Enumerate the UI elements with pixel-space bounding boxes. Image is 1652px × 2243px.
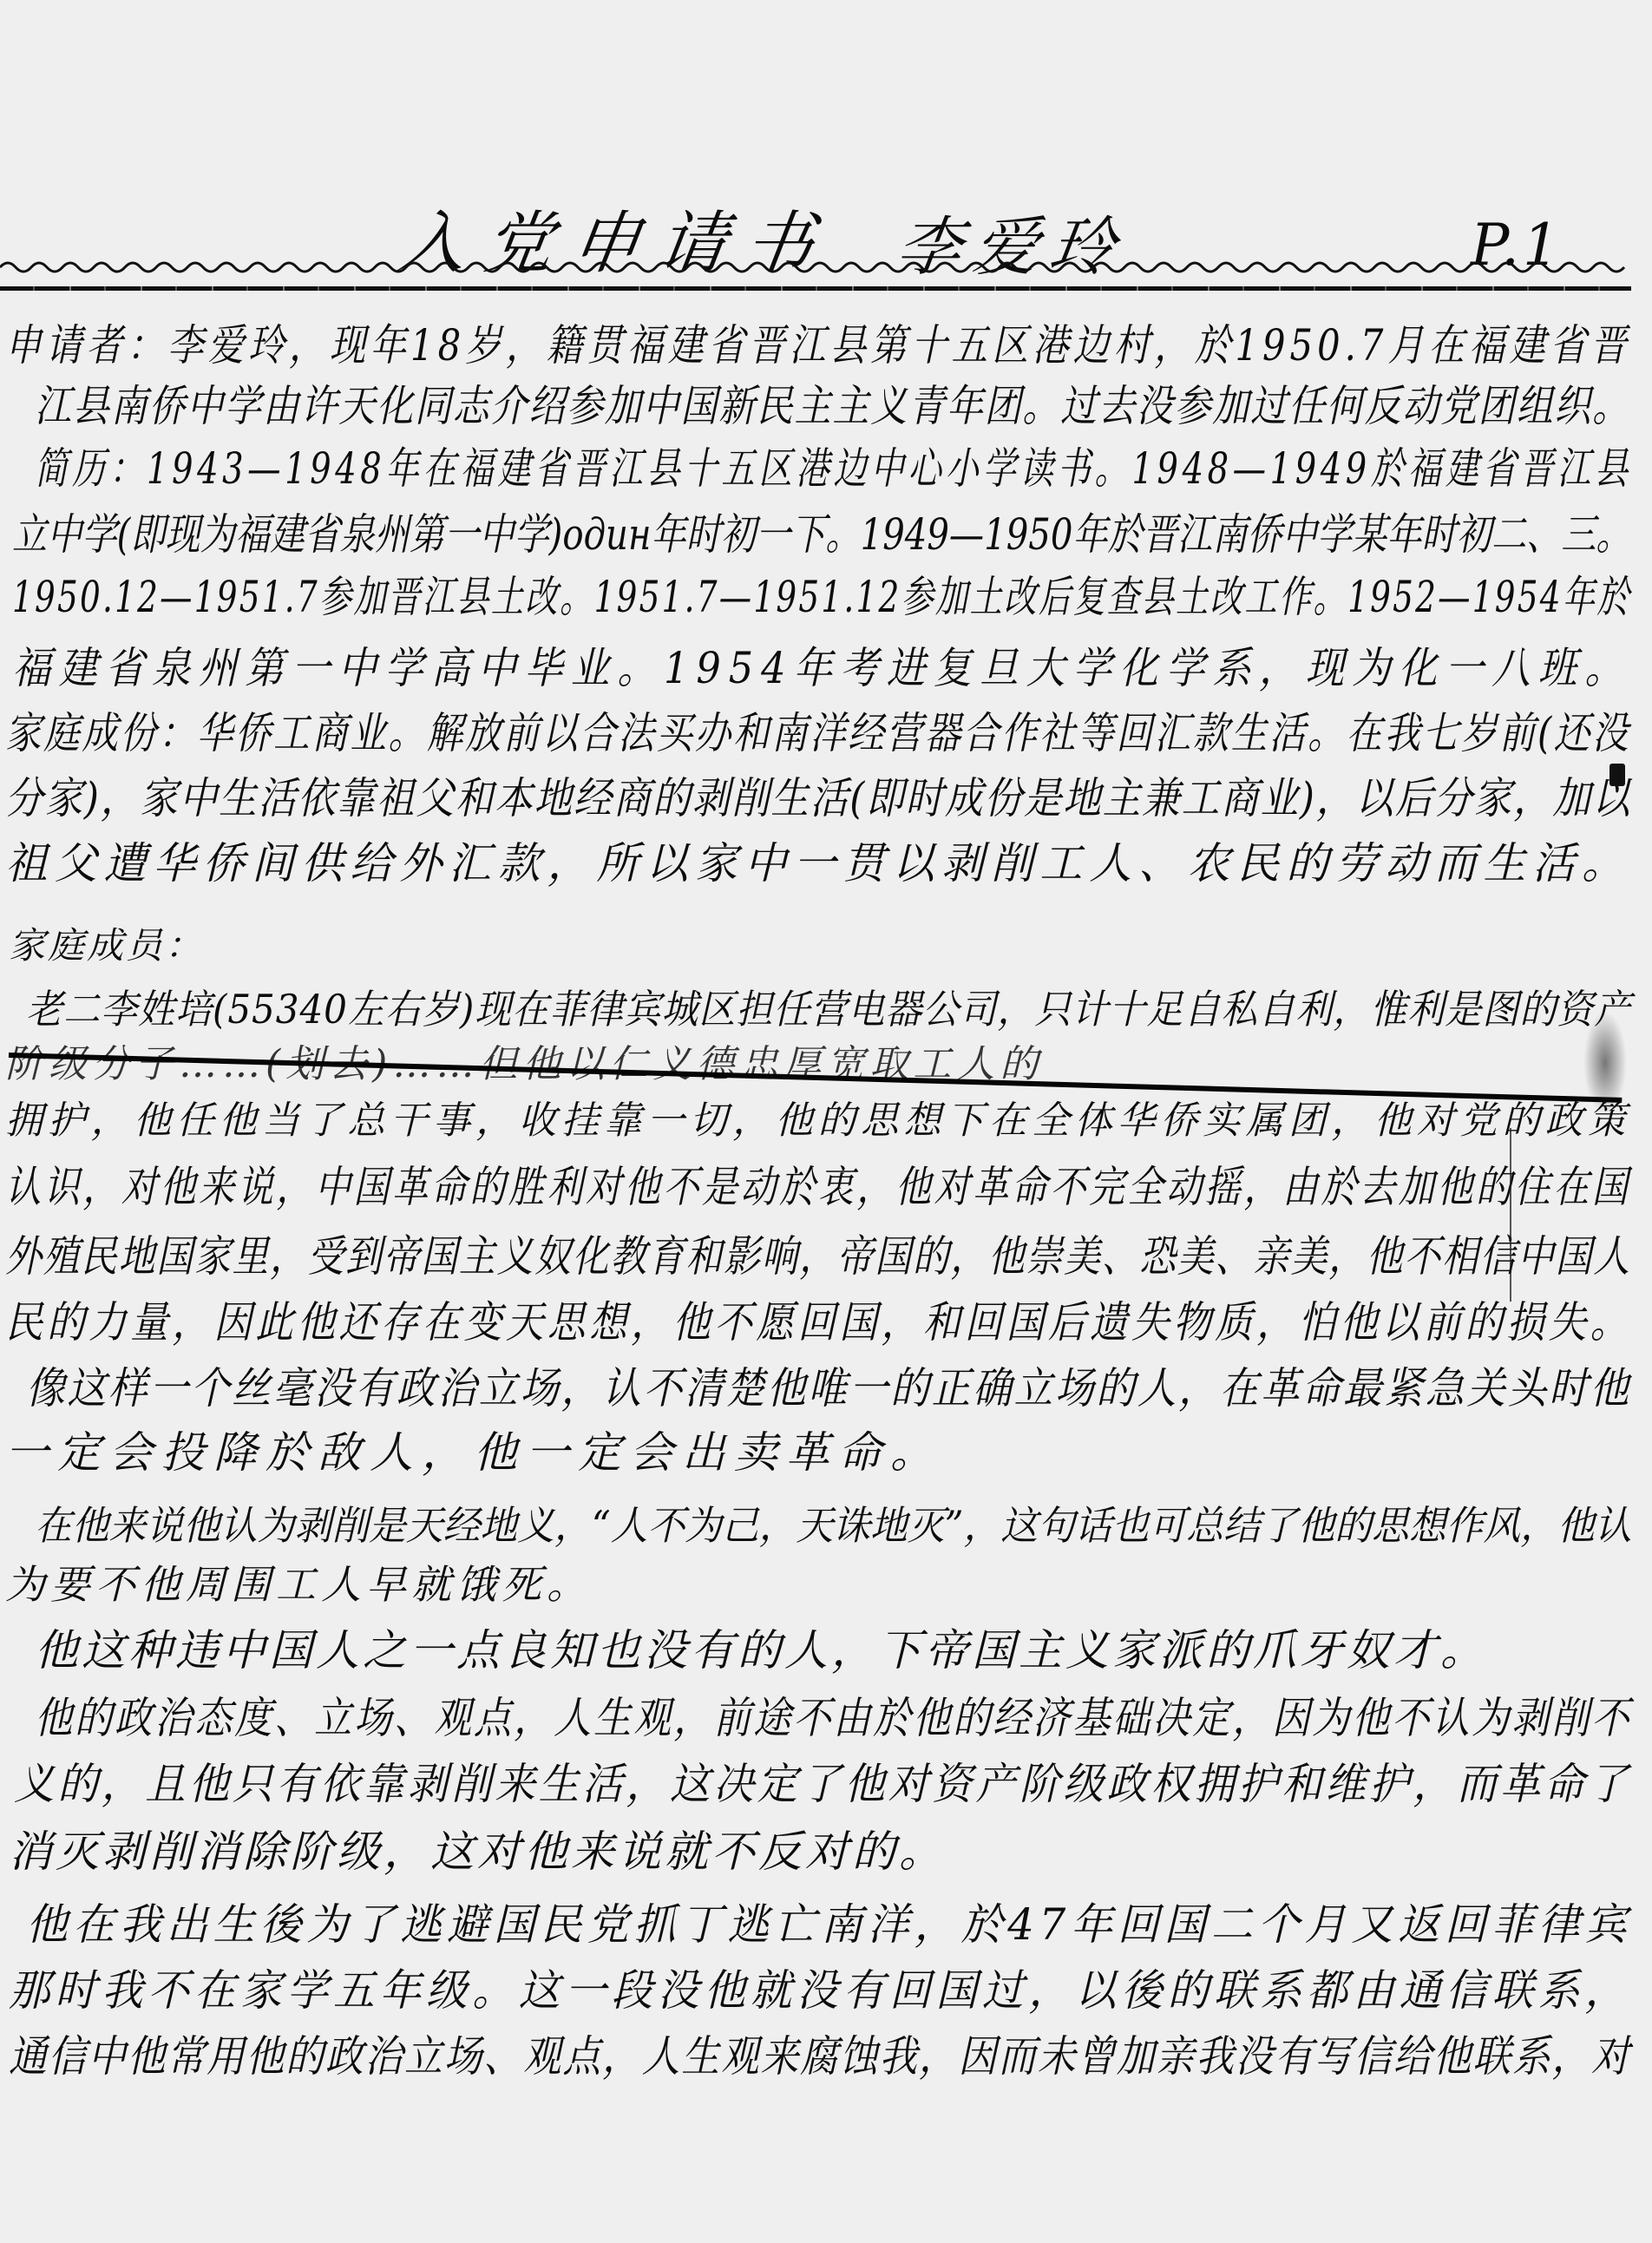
text-line: 立中学(即现为福建省泉州第一中学)один年时初一下。1949—1950年於晋江… [12, 508, 1631, 561]
ink-smudge [1583, 1011, 1627, 1115]
text-line: 祖父遭华侨间供给外汇款，所以家中一贯以剥削工人、农民的劳动而生活。 [5, 837, 1631, 889]
text-line: 他在我出生後为了逃避国民党抓丁逃亡南洋，於47年回国二个月又返回菲律宾 [26, 1899, 1632, 1951]
text-line: 民的力量，因此他还存在变天思想，他不愿回国，和回国后遗失物质，怕他以前的损失。 [5, 1296, 1632, 1348]
margin-mark [1510, 1128, 1511, 1302]
text-line: 申请者：李爱玲，现年18岁，籍贯福建省晋江县第十五区港边村，於1950.7月在福… [5, 319, 1631, 371]
text-line: 那时我不在家学五年级。这一段没他就没有回国过，以後的联系都由通信联系， [9, 1964, 1631, 2017]
text-line: 分家)，家中生活依靠祖父和本地经商的剥削生活(即时成份是地主兼工商业)，以后分家… [5, 772, 1631, 824]
text-line: 在他来说他认为剥削是天经地义，“人不为己，天诛地灭”，这句话也可总结了他的思想作… [35, 1499, 1632, 1551]
text-line: 认识，对他来说，中国革命的胜利对他不是动於衷，他对革命不完全动摇，由於去加他的住… [5, 1161, 1630, 1213]
wavy-underline [0, 259, 1631, 276]
text-line: 像这样一个丝毫没有政治立场，认不清楚他唯一的正确立场的人，在革命最紧急关头时他 [26, 1362, 1631, 1414]
text-line: 义的，且他只有依靠剥削来生活，这决定了他对资产阶级政权拥护和维护，而革命了 [14, 1758, 1631, 1810]
text-line: 家庭成份：华侨工商业。解放前以合法买办和南洋经营器合作社等回汇款生活。在我七岁前… [5, 707, 1630, 759]
text-line: 拥护，他任他当了总干事，收挂靠一切，他的思想下在全体华侨实属团，他对党的政策 [5, 1095, 1630, 1147]
text-line: 通信中他常用他的政治立场、观点，人生观来腐蚀我，因而未曾加亲我没有写信给他联系，… [9, 2030, 1631, 2082]
section-heading: 家庭成员： [9, 920, 204, 972]
text-line: 外殖民地国家里，受到帝国主义奴化教育和影响，帝国的，他崇美、恐美、亲美，他不相信… [5, 1230, 1631, 1282]
document-header: 入党申请书 李爱玲 P.1 [0, 174, 1631, 286]
struck-text-line: 阶级分子……(划去)……但他以仁义德忠厚宽取工人的 [5, 1039, 1043, 1091]
header-rule [0, 286, 1631, 291]
ink-blot [1609, 764, 1625, 786]
text-line: 他这种违中国人之一点良知也没有的人，下帝国主义家派的爪牙奴才。 [35, 1624, 1487, 1676]
text-line: 消灭剥削消除阶级，这对他来说就不反对的。 [9, 1826, 946, 1878]
text-line: 老二李姓培(55340左右岁)现在菲律宾城区担任营电器公司，只计十足自私自利，惟… [26, 983, 1631, 1035]
text-line: 一定会投降於敌人，他一定会出卖革命。 [5, 1426, 942, 1479]
text-line: 他的政治态度、立场、观点，人生观，前途不由於他的经济基础决定，因为他不认为剥削不 [35, 1692, 1631, 1744]
text-line: 江县南侨中学由许天化同志介绍参加中国新民主主义青年团。过去没参加过任何反动党团组… [35, 380, 1630, 432]
document-page: 入党申请书 李爱玲 P.1 申请者：李爱玲，现年18岁，籍贯福建省晋江县第十五区… [0, 0, 1652, 2243]
text-line: 为要不他周围工人早就饿死。 [5, 1558, 592, 1610]
text-line: 福建省泉州第一中学高中毕业。1954年考进复旦大学化学系，现为化一八班。 [12, 642, 1631, 694]
text-line: 1950.12—1951.7参加晋江县土改。1951.7—1951.12参加土改… [12, 571, 1631, 623]
text-line: 简历：1943—1948年在福建省晋江县十五区港边中心小学读书。1948—194… [35, 443, 1632, 495]
